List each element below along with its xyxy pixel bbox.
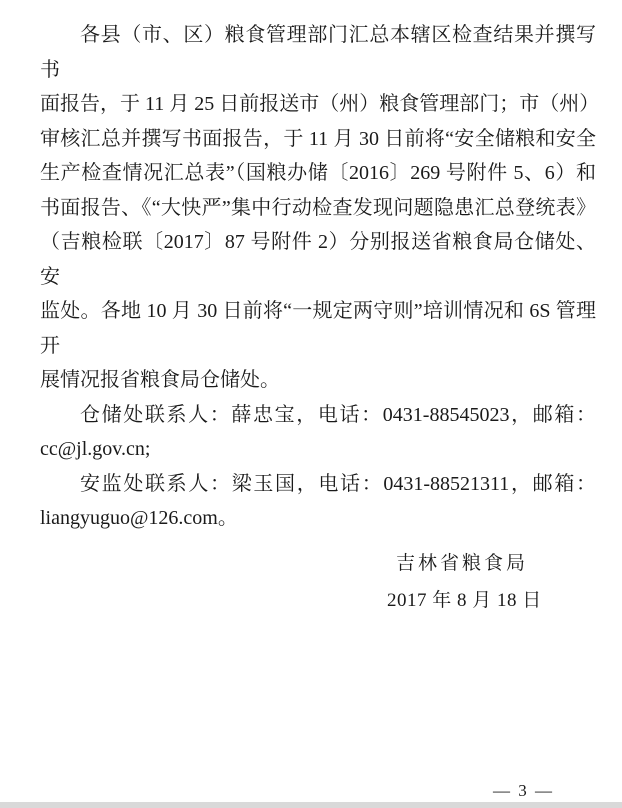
body-line-5: 书面报告、《“大快严”集中行动检查发现问题隐患汇总登统表》	[40, 191, 596, 226]
contact-line-warehouse: 仓储处联系人：薛忠宝，电话：0431-88545023，邮箱：	[40, 398, 596, 433]
body-line-1: 各县（市、区）粮食管理部门汇总本辖区检查结果并撰写书	[40, 18, 596, 87]
body-line-2: 面报告，于 11 月 25 日前报送市（州）粮食管理部门；市（州）	[40, 87, 596, 122]
body-line-3: 审核汇总并撰写书面报告，于 11 月 30 日前将“安全储粮和安全	[40, 122, 596, 157]
contact-line-safety: 安监处联系人：梁玉国，电话：0431-88521311，邮箱：	[40, 467, 596, 502]
scan-edge-shadow	[0, 802, 622, 808]
contact-email-safety: liangyuguo@126.com。	[40, 501, 596, 536]
signature-organization: 吉林省粮食局	[396, 548, 528, 575]
page-number: — 3 —	[493, 781, 554, 801]
body-line-4: 生产检查情况汇总表”（国粮办储〔2016〕269 号附件 5、6）和	[40, 156, 596, 191]
body-line-6: （吉粮检联〔2017〕87 号附件 2）分别报送省粮食局仓储处、安	[40, 225, 596, 294]
document-body: 各县（市、区）粮食管理部门汇总本辖区检查结果并撰写书 面报告，于 11 月 25…	[40, 18, 596, 536]
contact-email-warehouse: cc@jl.gov.cn;	[40, 432, 596, 467]
body-line-8: 展情况报省粮食局仓储处。	[40, 363, 596, 398]
body-line-7: 监处。各地 10 月 30 日前将“一规定两守则”培训情况和 6S 管理开	[40, 294, 596, 363]
signature-date: 2017 年 8 月 18 日	[387, 585, 542, 612]
document-page: 各县（市、区）粮食管理部门汇总本辖区检查结果并撰写书 面报告，于 11 月 25…	[0, 0, 622, 808]
